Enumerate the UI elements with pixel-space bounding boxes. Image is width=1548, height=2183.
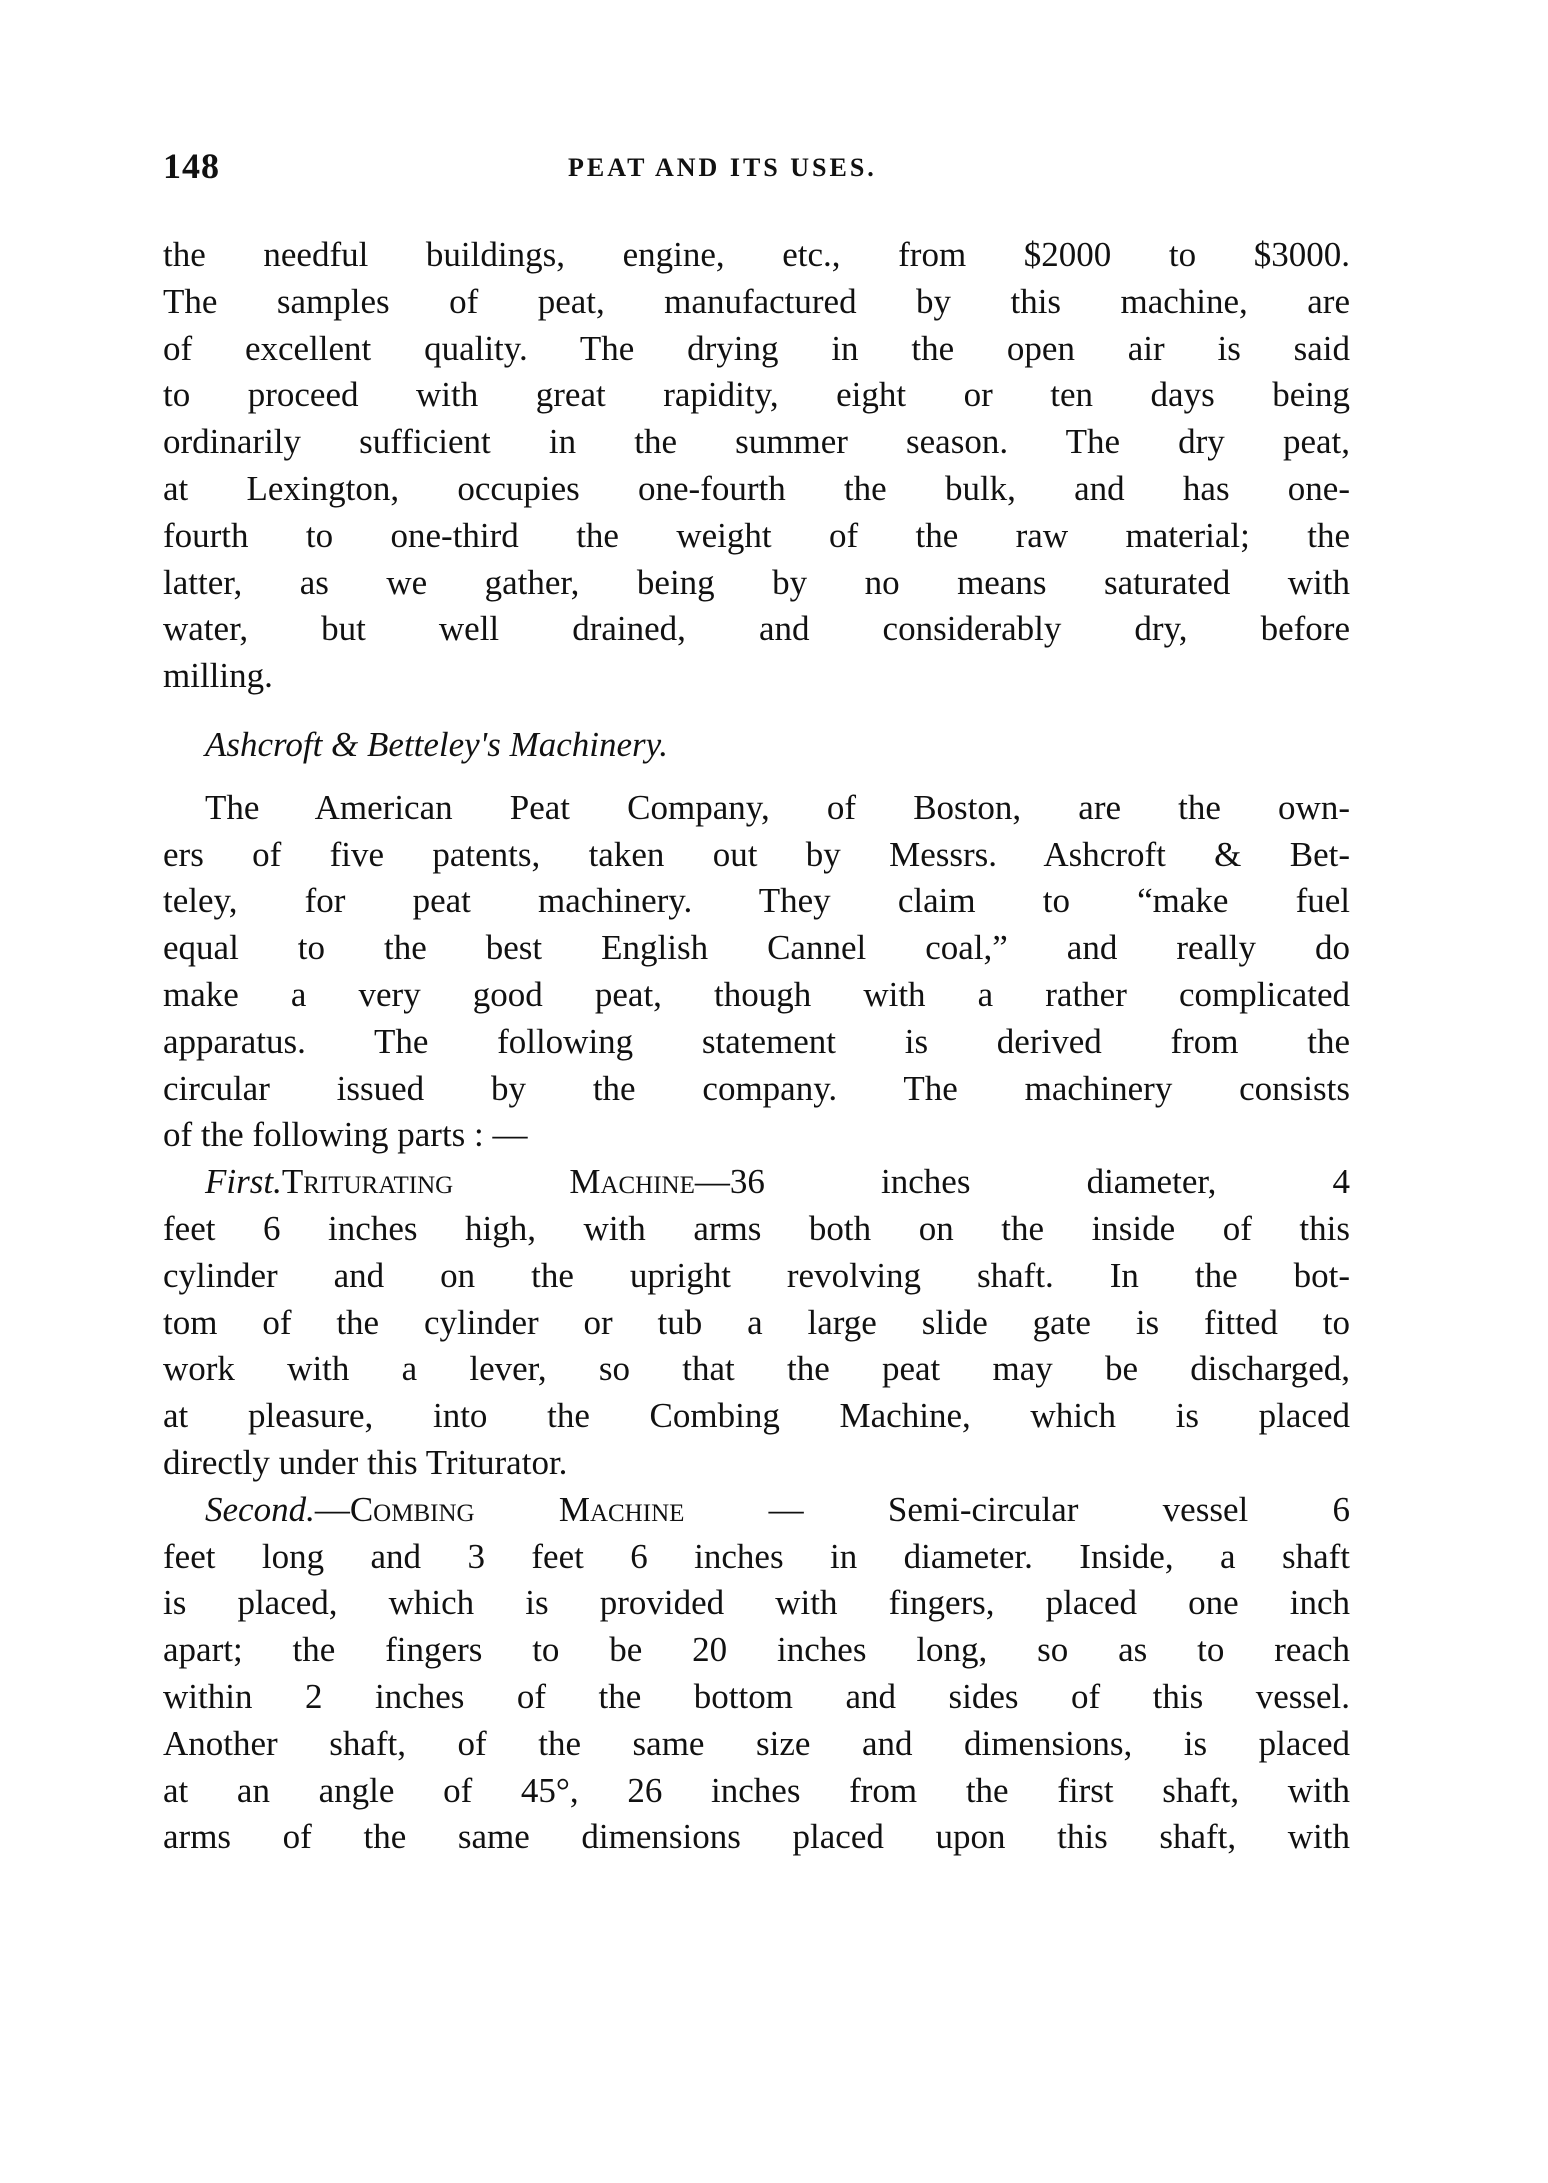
text-line-first: Second.—Combing Machine — Semi-circular … [163,1487,1350,1534]
text-line: arms of the same dimensions placed upon … [163,1814,1350,1861]
section-heading: Ashcroft & Betteley's Machinery. [163,722,1350,769]
text-line: feet 6 inches high, with arms both on th… [163,1206,1350,1253]
text-run: —36 inches diameter, 4 [695,1162,1350,1201]
running-title: PEAT AND ITS USES. [568,153,877,183]
text-line: milling. [163,653,1350,700]
page-number: 148 [163,145,220,187]
text-line: ers of five patents, taken out by Messrs… [163,832,1350,879]
text-line: the needful buildings, engine, etc., fro… [163,232,1350,279]
text-line: feet long and 3 feet 6 inches in diamete… [163,1534,1350,1581]
text-line: make a very good peat, though with a rat… [163,972,1350,1019]
paragraph-3: First.Triturating Machine—36 inches diam… [163,1159,1350,1487]
text-line: within 2 inches of the bottom and sides … [163,1674,1350,1721]
text-line: of the following parts : — [163,1112,1350,1159]
text-line: to proceed with great rapidity, eight or… [163,372,1350,419]
page-header: 148 PEAT AND ITS USES. [163,145,1350,195]
text-line: cylinder and on the upright revolving sh… [163,1253,1350,1300]
text-line: at an angle of 45°, 26 inches from the f… [163,1768,1350,1815]
text-line: teley, for peat machinery. They claim to… [163,878,1350,925]
text-line: The American Peat Company, of Boston, ar… [163,785,1350,832]
item-label: First. [205,1162,282,1201]
machine-name: Combing Machine [350,1490,685,1529]
text-line-first: First.Triturating Machine—36 inches diam… [163,1159,1350,1206]
text-line: apart; the fingers to be 20 inches long,… [163,1627,1350,1674]
text-line: at Lexington, occupies one-fourth the bu… [163,466,1350,513]
text-line: at pleasure, into the Combing Machine, w… [163,1393,1350,1440]
item-label: Second. [205,1490,315,1529]
text-line: of excellent quality. The drying in the … [163,326,1350,373]
text-run: — Semi-circular vessel 6 [684,1490,1350,1529]
text-line: fourth to one-third the weight of the ra… [163,513,1350,560]
paragraph-2: The American Peat Company, of Boston, ar… [163,785,1350,1159]
paragraph-1: the needful buildings, engine, etc., fro… [163,232,1350,700]
text-line: directly under this Triturator. [163,1440,1350,1487]
text-line: latter, as we gather, being by no means … [163,560,1350,607]
text-line: work with a lever, so that the peat may … [163,1346,1350,1393]
machine-name: Triturating Machine [282,1162,695,1201]
text-line: ordinarily sufficient in the summer seas… [163,419,1350,466]
text-line: The samples of peat, manufactured by thi… [163,279,1350,326]
text-line: water, but well drained, and considerabl… [163,606,1350,653]
text-line: is placed, which is provided with finger… [163,1580,1350,1627]
text-line: tom of the cylinder or tub a large slide… [163,1300,1350,1347]
text-line: apparatus. The following statement is de… [163,1019,1350,1066]
page-body: the needful buildings, engine, etc., fro… [163,232,1350,1861]
text-line: circular issued by the company. The mach… [163,1066,1350,1113]
text-line: Another shaft, of the same size and dime… [163,1721,1350,1768]
text-line: equal to the best English Cannel coal,” … [163,925,1350,972]
paragraph-4: Second.—Combing Machine — Semi-circular … [163,1487,1350,1861]
dash: — [315,1490,350,1529]
